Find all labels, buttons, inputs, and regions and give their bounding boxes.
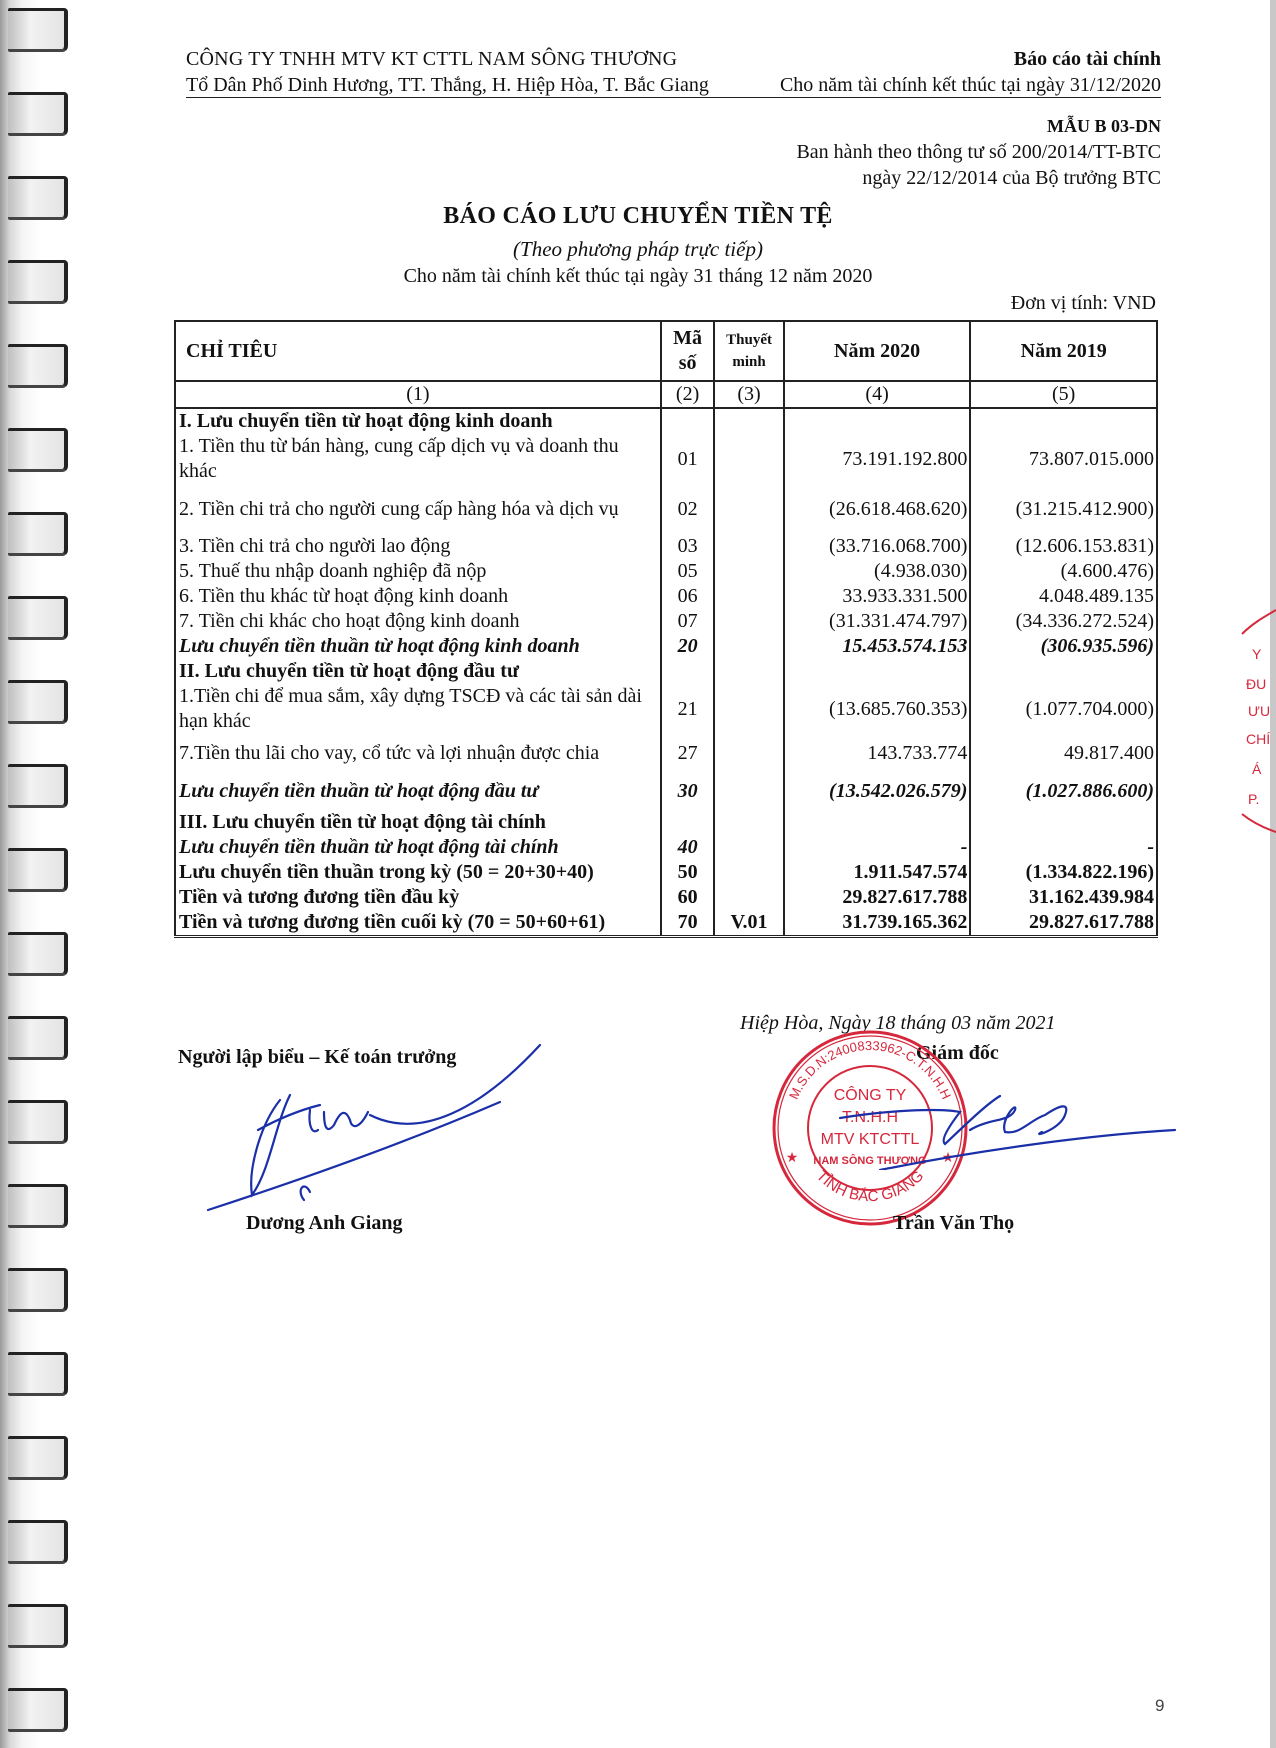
row-value-2020 — [784, 408, 971, 434]
svg-text:Á: Á — [1252, 761, 1262, 777]
row-value-2019: (4.600.476) — [970, 559, 1157, 584]
binding-coil — [8, 92, 68, 136]
row-value-2020: (31.331.474.797) — [784, 609, 971, 634]
report-type: Báo cáo tài chính — [780, 46, 1161, 72]
table-row: Lưu chuyển tiền thuần trong kỳ (50 = 20+… — [175, 860, 1157, 885]
row-value-2020: (4.938.030) — [784, 559, 971, 584]
row-label: Lưu chuyển tiền thuần trong kỳ (50 = 20+… — [175, 860, 661, 885]
row-code: 30 — [661, 772, 714, 810]
header-year-2020: Năm 2020 — [784, 321, 971, 381]
form-regulation: Ban hành theo thông tư số 200/2014/TT-BT… — [796, 139, 1161, 165]
form-code: MẪU B 03-DN — [796, 113, 1161, 139]
table-row: 7.Tiền thu lãi cho vay, cổ tức và lợi nh… — [175, 734, 1157, 772]
row-label: Lưu chuyển tiền thuần từ hoạt động tài c… — [175, 835, 661, 860]
binding-coil — [8, 596, 68, 640]
page-number: 9 — [1155, 1696, 1164, 1716]
row-note — [714, 484, 783, 534]
row-code — [661, 408, 714, 434]
row-note — [714, 772, 783, 810]
row-value-2019: (31.215.412.900) — [970, 484, 1157, 534]
binding-coil — [8, 1184, 68, 1228]
row-value-2020: 143.733.774 — [784, 734, 971, 772]
table-row: Lưu chuyển tiền thuần từ hoạt động đầu t… — [175, 772, 1157, 810]
svg-text:★: ★ — [786, 1149, 799, 1165]
row-code: 06 — [661, 584, 714, 609]
binding-coil — [8, 344, 68, 388]
row-note — [714, 534, 783, 559]
col-number: (4) — [784, 381, 971, 408]
preparer-signature — [200, 1030, 560, 1220]
row-label: I. Lưu chuyển tiền từ hoạt động kinh doa… — [175, 408, 661, 434]
document-period: Cho năm tài chính kết thúc tại ngày 31 t… — [0, 265, 1276, 288]
row-label: 2. Tiền chi trả cho người cung cấp hàng … — [175, 484, 661, 534]
row-label: 5. Thuế thu nhập doanh nghiệp đã nộp — [175, 559, 661, 584]
col-number: (3) — [714, 381, 783, 408]
svg-text:P.: P. — [1248, 791, 1259, 807]
row-label: 7. Tiền chi khác cho hoạt động kinh doan… — [175, 609, 661, 634]
row-label: Tiền và tương đương tiền cuối kỳ (70 = 5… — [175, 910, 661, 937]
row-value-2020: (33.716.068.700) — [784, 534, 971, 559]
table-row: 5. Thuế thu nhập doanh nghiệp đã nộp05(4… — [175, 559, 1157, 584]
row-note — [714, 609, 783, 634]
row-label: 7.Tiền thu lãi cho vay, cổ tức và lợi nh… — [175, 734, 661, 772]
company-name: CÔNG TY TNHH MTV KT CTTL NAM SÔNG THƯƠNG — [186, 46, 709, 72]
col-number: (5) — [970, 381, 1157, 408]
row-note — [714, 684, 783, 734]
row-value-2019: (1.027.886.600) — [970, 772, 1157, 810]
row-note — [714, 734, 783, 772]
row-label: 6. Tiền thu khác từ hoạt động kinh doanh — [175, 584, 661, 609]
binding-coil — [8, 8, 68, 52]
binding-coil — [8, 848, 68, 892]
row-value-2019: (1.077.704.000) — [970, 684, 1157, 734]
row-label: III. Lưu chuyển tiền từ hoạt động tài ch… — [175, 810, 661, 835]
stamp-bottom-text: TỈNH BẮC GIANG — [813, 1167, 927, 1205]
table-row: Tiền và tương đương tiền cuối kỳ (70 = 5… — [175, 910, 1157, 937]
row-label: Tiền và tương đương tiền đầu kỳ — [175, 885, 661, 910]
table-row: Tiền và tương đương tiền đầu kỳ6029.827.… — [175, 885, 1157, 910]
binding-coil — [8, 764, 68, 808]
row-value-2020: (26.618.468.620) — [784, 484, 971, 534]
row-note — [714, 408, 783, 434]
row-note — [714, 434, 783, 484]
row-value-2020: 1.911.547.574 — [784, 860, 971, 885]
row-code: 27 — [661, 734, 714, 772]
binding-coil — [8, 512, 68, 556]
row-value-2019: (12.606.153.831) — [970, 534, 1157, 559]
svg-text:TỈNH BẮC GIANG: TỈNH BẮC GIANG — [813, 1167, 927, 1205]
row-value-2019: 29.827.617.788 — [970, 910, 1157, 937]
row-code: 05 — [661, 559, 714, 584]
row-code: 01 — [661, 434, 714, 484]
header-indicator: CHỈ TIÊU — [175, 321, 661, 381]
svg-text:Y: Y — [1252, 646, 1262, 662]
row-value-2020 — [784, 659, 971, 684]
column-number-row: (1) (2) (3) (4) (5) — [175, 381, 1157, 408]
row-label: 3. Tiền chi trả cho người lao động — [175, 534, 661, 559]
binding-coil — [8, 428, 68, 472]
row-value-2019: (1.334.822.196) — [970, 860, 1157, 885]
row-value-2020: 33.933.331.500 — [784, 584, 971, 609]
svg-text:CHÍ: CHÍ — [1246, 731, 1270, 747]
binding-coil — [8, 1016, 68, 1060]
row-value-2019 — [970, 810, 1157, 835]
row-note — [714, 634, 783, 659]
row-value-2019: 49.817.400 — [970, 734, 1157, 772]
row-note — [714, 659, 783, 684]
row-value-2019: 4.048.489.135 — [970, 584, 1157, 609]
table-row: Lưu chuyển tiền thuần từ hoạt động tài c… — [175, 835, 1157, 860]
row-note — [714, 810, 783, 835]
company-header: CÔNG TY TNHH MTV KT CTTL NAM SÔNG THƯƠNG… — [186, 46, 709, 98]
row-value-2019: (306.935.596) — [970, 634, 1157, 659]
partial-stamp-edge: Y ĐU ƯU CHÍ Á P. — [1232, 604, 1276, 834]
row-value-2019 — [970, 659, 1157, 684]
table-section-row: I. Lưu chuyển tiền từ hoạt động kinh doa… — [175, 408, 1157, 434]
binding-coil — [8, 1352, 68, 1396]
currency-unit: Đơn vị tính: VND — [1011, 292, 1156, 315]
row-label: II. Lưu chuyển tiền từ hoạt động đầu tư — [175, 659, 661, 684]
spiral-binding — [0, 0, 70, 1748]
row-value-2019: - — [970, 835, 1157, 860]
row-code: 03 — [661, 534, 714, 559]
page-edge — [1270, 0, 1276, 1748]
table-section-row: III. Lưu chuyển tiền từ hoạt động tài ch… — [175, 810, 1157, 835]
header-code: Mãsố — [661, 321, 714, 381]
row-value-2019: 73.807.015.000 — [970, 434, 1157, 484]
row-code: 50 — [661, 860, 714, 885]
report-period: Cho năm tài chính kết thúc tại ngày 31/1… — [780, 72, 1161, 98]
row-code — [661, 659, 714, 684]
svg-text:ĐU: ĐU — [1246, 676, 1266, 692]
table-row: Lưu chuyển tiền thuần từ hoạt động kinh … — [175, 634, 1157, 659]
row-code: 70 — [661, 910, 714, 937]
row-value-2020: 73.191.192.800 — [784, 434, 971, 484]
header-note: Thuyếtminh — [714, 321, 783, 381]
row-value-2020 — [784, 810, 971, 835]
row-label: 1.Tiền chi để mua sắm, xây dựng TSCĐ và … — [175, 684, 661, 734]
row-value-2019: (34.336.272.524) — [970, 609, 1157, 634]
binding-coil — [8, 1100, 68, 1144]
binding-coil — [8, 1604, 68, 1648]
binding-coil — [8, 1520, 68, 1564]
row-code — [661, 810, 714, 835]
table-row: 3. Tiền chi trả cho người lao động03(33.… — [175, 534, 1157, 559]
row-value-2019 — [970, 408, 1157, 434]
col-number: (1) — [175, 381, 661, 408]
binding-coil — [8, 1688, 68, 1732]
table-section-row: II. Lưu chuyển tiền từ hoạt động đầu tư — [175, 659, 1157, 684]
table-row: 1. Tiền thu từ bán hàng, cung cấp dịch v… — [175, 434, 1157, 484]
row-value-2020: 29.827.617.788 — [784, 885, 971, 910]
row-note — [714, 860, 783, 885]
row-label: 1. Tiền thu từ bán hàng, cung cấp dịch v… — [175, 434, 661, 484]
binding-coil — [8, 1268, 68, 1312]
row-value-2020: 31.739.165.362 — [784, 910, 971, 937]
table-row: 1.Tiền chi để mua sắm, xây dựng TSCĐ và … — [175, 684, 1157, 734]
director-signature — [830, 1060, 1190, 1170]
header-divider — [186, 97, 1161, 98]
binding-coil — [8, 932, 68, 976]
row-value-2020: 15.453.574.153 — [784, 634, 971, 659]
svg-text:ƯU: ƯU — [1248, 703, 1270, 719]
cash-flow-table: CHỈ TIÊU Mãsố Thuyếtminh Năm 2020 Năm 20… — [174, 320, 1158, 938]
row-note — [714, 584, 783, 609]
row-label: Lưu chuyển tiền thuần từ hoạt động đầu t… — [175, 772, 661, 810]
row-code: 21 — [661, 684, 714, 734]
row-note — [714, 835, 783, 860]
row-code: 02 — [661, 484, 714, 534]
header-year-2019: Năm 2019 — [970, 321, 1157, 381]
table-row: 2. Tiền chi trả cho người cung cấp hàng … — [175, 484, 1157, 534]
binding-coil — [8, 680, 68, 724]
row-code: 40 — [661, 835, 714, 860]
form-reference: MẪU B 03-DN Ban hành theo thông tư số 20… — [796, 113, 1161, 191]
row-value-2020: - — [784, 835, 971, 860]
row-code: 60 — [661, 885, 714, 910]
company-address: Tổ Dân Phố Dinh Hương, TT. Thắng, H. Hiệ… — [186, 72, 709, 98]
table-header-row: CHỈ TIÊU Mãsố Thuyếtminh Năm 2020 Năm 20… — [175, 321, 1157, 381]
document-method: (Theo phương pháp trực tiếp) — [0, 237, 1276, 262]
report-header: Báo cáo tài chính Cho năm tài chính kết … — [780, 46, 1161, 98]
row-value-2020: (13.685.760.353) — [784, 684, 971, 734]
form-regulation-date: ngày 22/12/2014 của Bộ trưởng BTC — [796, 165, 1161, 191]
row-note: V.01 — [714, 910, 783, 937]
document-title: BÁO CÁO LƯU CHUYỂN TIỀN TỆ — [0, 203, 1276, 230]
table-row: 6. Tiền thu khác từ hoạt động kinh doanh… — [175, 584, 1157, 609]
table-row: 7. Tiền chi khác cho hoạt động kinh doan… — [175, 609, 1157, 634]
row-label: Lưu chuyển tiền thuần từ hoạt động kinh … — [175, 634, 661, 659]
director-name: Trần Văn Thọ — [893, 1212, 1014, 1235]
row-note — [714, 559, 783, 584]
row-value-2019: 31.162.439.984 — [970, 885, 1157, 910]
col-number: (2) — [661, 381, 714, 408]
row-value-2020: (13.542.026.579) — [784, 772, 971, 810]
row-code: 07 — [661, 609, 714, 634]
preparer-name: Dương Anh Giang — [246, 1212, 402, 1235]
row-code: 20 — [661, 634, 714, 659]
row-note — [714, 885, 783, 910]
binding-coil — [8, 1436, 68, 1480]
